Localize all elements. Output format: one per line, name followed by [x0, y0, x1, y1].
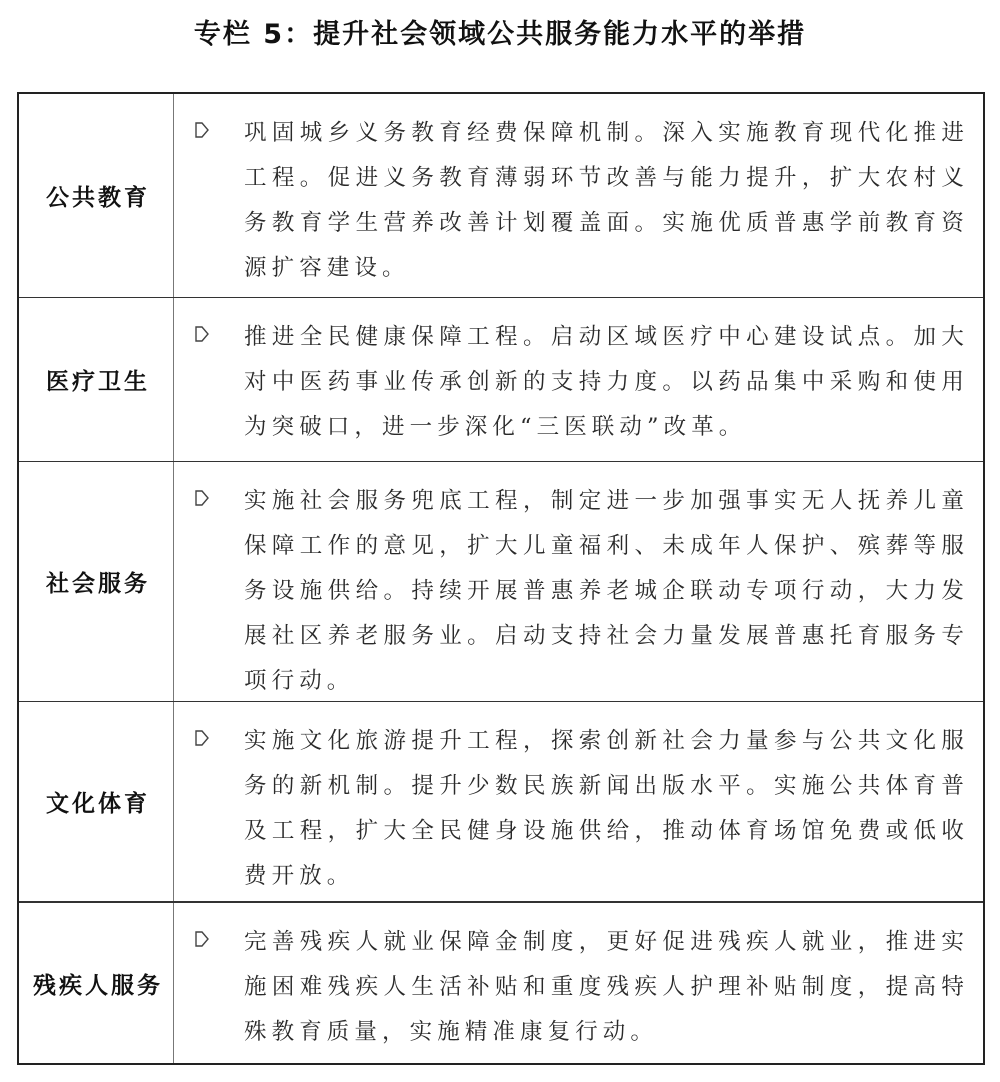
row-text: 实施社会服务兜底工程，制定进一步加强事实无人抚养儿童保障工作的意见，扩大儿童福利… — [244, 479, 969, 704]
table-row-public-education: 公共教育 巩固城乡义务教育经费保障机制。深入实施教育现代化推进工程。促进义务教育… — [19, 94, 983, 297]
row-category: 医疗卫生 — [19, 298, 174, 461]
row-content: 实施社会服务兜底工程，制定进一步加强事实无人抚养儿童保障工作的意见，扩大儿童福利… — [174, 462, 983, 701]
table-row-healthcare: 医疗卫生 推进全民健康保障工程。启动区域医疗中心建设试点。加大对中医药事业传承创… — [19, 297, 983, 461]
table-row-social-services: 社会服务 实施社会服务兜底工程，制定进一步加强事实无人抚养儿童保障工作的意见，扩… — [19, 461, 983, 701]
row-category: 残疾人服务 — [19, 903, 174, 1063]
row-text: 推进全民健康保障工程。启动区域医疗中心建设试点。加大对中医药事业传承创新的支持力… — [244, 315, 969, 450]
row-text: 巩固城乡义务教育经费保障机制。深入实施教育现代化推进工程。促进义务教育薄弱环节改… — [244, 111, 969, 291]
right-arrow-icon — [194, 728, 210, 748]
row-content: 实施文化旅游提升工程，探索创新社会力量参与公共文化服务的新机制。提升少数民族新闻… — [174, 702, 983, 901]
row-category: 社会服务 — [19, 462, 174, 701]
row-category: 文化体育 — [19, 702, 174, 901]
row-text: 完善残疾人就业保障金制度，更好促进残疾人就业，推进实施困难残疾人生活补贴和重度残… — [244, 920, 969, 1055]
right-arrow-icon — [194, 929, 210, 949]
row-content: 推进全民健康保障工程。启动区域医疗中心建设试点。加大对中医药事业传承创新的支持力… — [174, 298, 983, 461]
table-row-culture-sports: 文化体育 实施文化旅游提升工程，探索创新社会力量参与公共文化服务的新机制。提升少… — [19, 701, 983, 901]
measures-table: 公共教育 巩固城乡义务教育经费保障机制。深入实施教育现代化推进工程。促进义务教育… — [17, 92, 985, 1065]
right-arrow-icon — [194, 324, 210, 344]
right-arrow-icon — [194, 120, 210, 140]
row-content: 完善残疾人就业保障金制度，更好促进残疾人就业，推进实施困难残疾人生活补贴和重度残… — [174, 903, 983, 1063]
page-title: 专栏 5：提升社会领域公共服务能力水平的举措 — [0, 12, 1000, 51]
row-category: 公共教育 — [19, 94, 174, 297]
table-row-disability-services: 残疾人服务 完善残疾人就业保障金制度，更好促进残疾人就业，推进实施困难残疾人生活… — [19, 901, 983, 1063]
row-text: 实施文化旅游提升工程，探索创新社会力量参与公共文化服务的新机制。提升少数民族新闻… — [244, 719, 969, 899]
right-arrow-icon — [194, 488, 210, 508]
row-content: 巩固城乡义务教育经费保障机制。深入实施教育现代化推进工程。促进义务教育薄弱环节改… — [174, 94, 983, 297]
